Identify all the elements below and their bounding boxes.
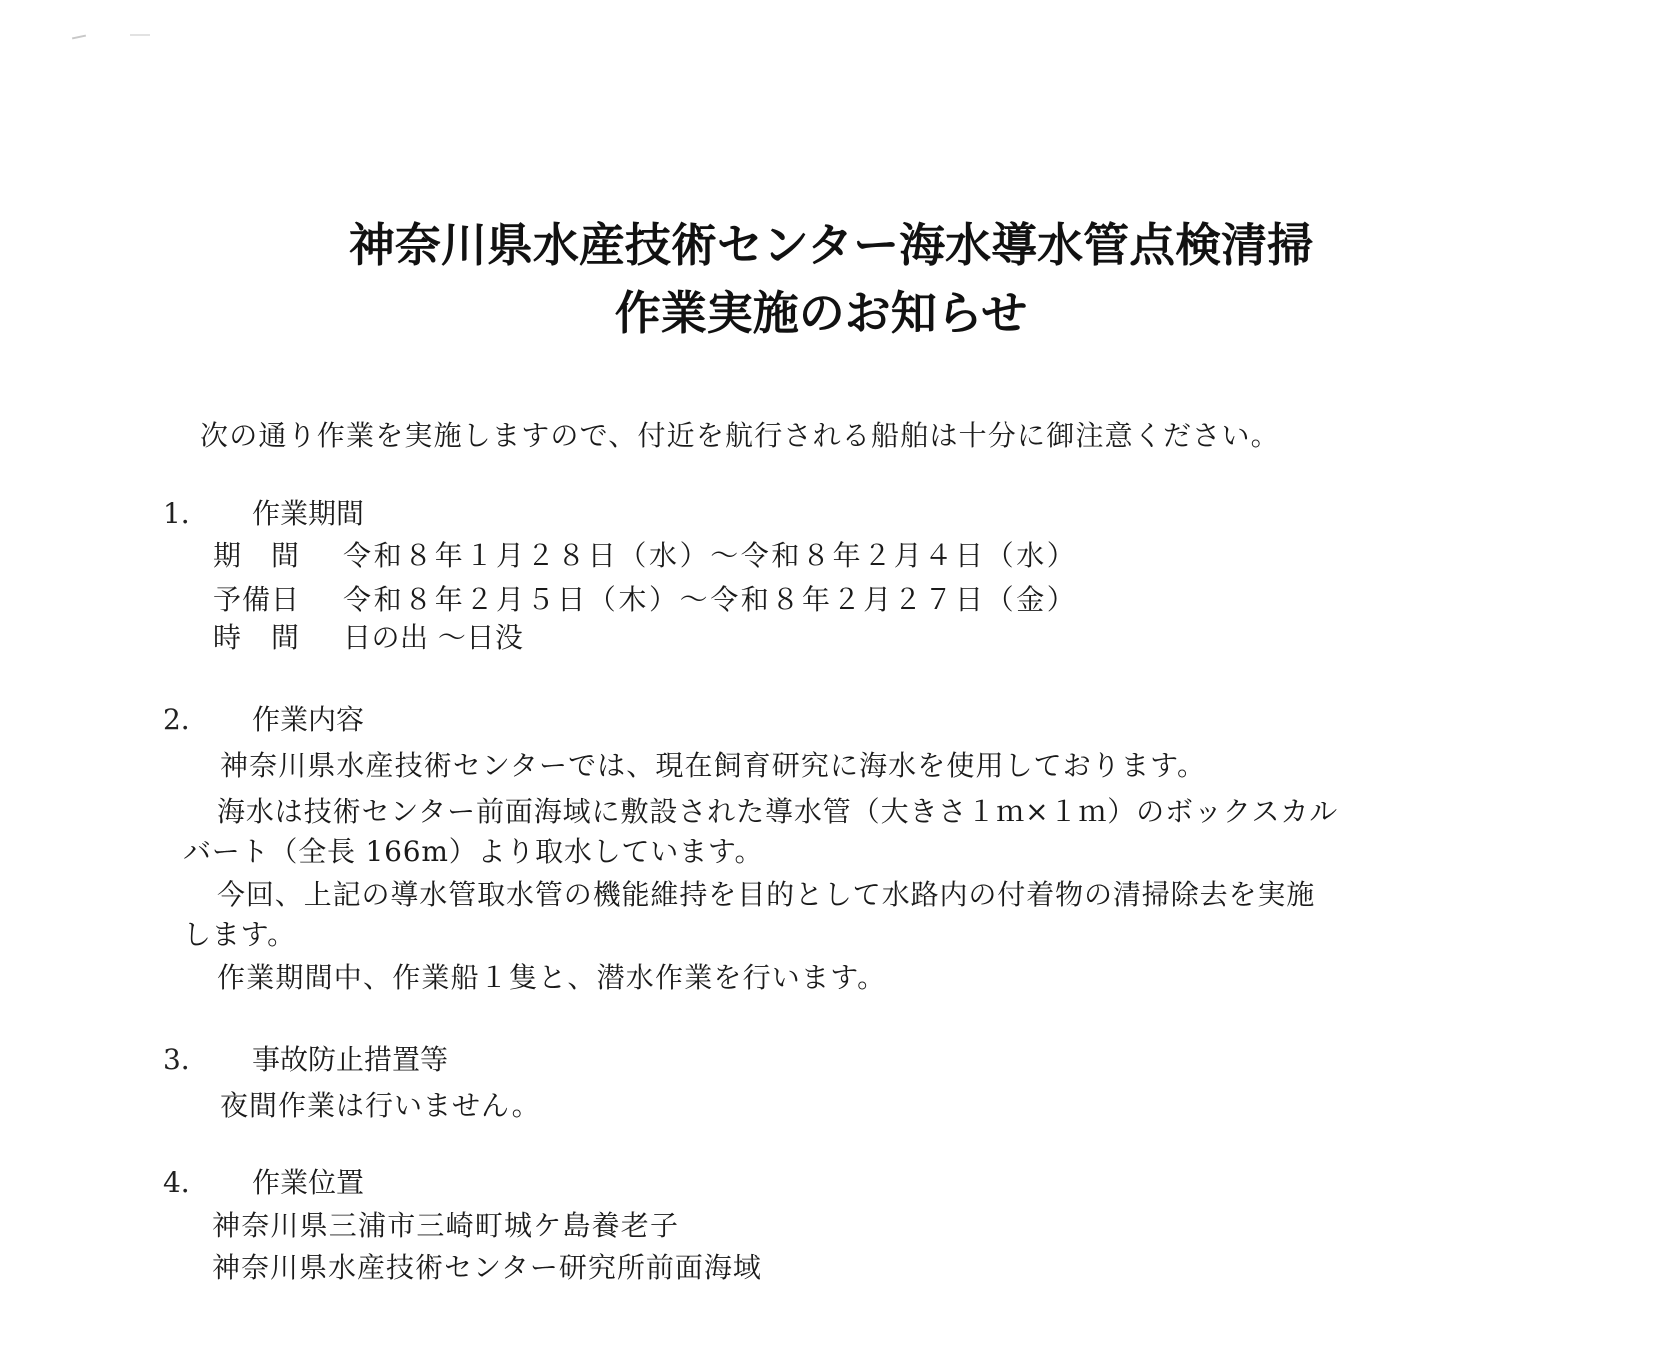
content-line: 神奈川県水産技術センターでは、現在飼育研究に海水を使用しております。 (220, 752, 1206, 780)
content-line: 作業期間中、作業船１隻と、潜水作業を行います。 (217, 964, 886, 992)
scan-artifact (130, 34, 150, 36)
document-title-line-2: 作業実施のお知らせ (0, 290, 1648, 336)
period-value: 令和８年１月２８日（水）～令和８年２月４日（水） (343, 542, 1077, 570)
content-line: 夜間作業は行いません。 (220, 1092, 541, 1120)
section-heading: 事故防止措置等 (252, 1046, 448, 1074)
time-label: 時 間 (213, 624, 300, 652)
content-line: 海水は技術センター前面海域に敷設された導水管（大きさ１ｍ×１ｍ）のボックスカル (217, 798, 1338, 826)
section-number: 2． (163, 706, 209, 734)
location-line: 神奈川県三浦市三崎町城ケ島養老子 (212, 1212, 679, 1240)
section-number: 3． (163, 1046, 209, 1074)
reserve-day-value: 令和８年２月５日（木）～令和８年２月２７日（金） (343, 586, 1077, 614)
section-number: 4． (163, 1169, 209, 1197)
content-line: します。 (183, 921, 296, 949)
section-heading: 作業期間 (252, 500, 364, 528)
scan-artifact (72, 35, 86, 40)
location-line: 神奈川県水産技術センター研究所前面海域 (212, 1254, 762, 1282)
section-heading: 作業内容 (252, 706, 364, 734)
document-title-line-1: 神奈川県水産技術センター海水導水管点検清掃 (4, 222, 1654, 268)
content-line: 今回、上記の導水管取水管の機能維持を目的として水路内の付着物の清掃除去を実施 (217, 881, 1315, 909)
reserve-day-label: 予備日 (213, 586, 300, 614)
intro-text: 次の通り作業を実施しますので、付近を航行される船舶は十分に御注意ください。 (200, 422, 1280, 450)
notice-page: 神奈川県水産技術センター海水導水管点検清掃 作業実施のお知らせ 次の通り作業を実… (0, 0, 1654, 1352)
content-line: バート（全長 166m）より取水しています。 (183, 838, 763, 866)
section-number: 1． (163, 500, 209, 528)
section-heading: 作業位置 (252, 1169, 364, 1197)
period-label: 期 間 (213, 542, 300, 570)
time-value: 日の出 ～日没 (343, 624, 523, 652)
